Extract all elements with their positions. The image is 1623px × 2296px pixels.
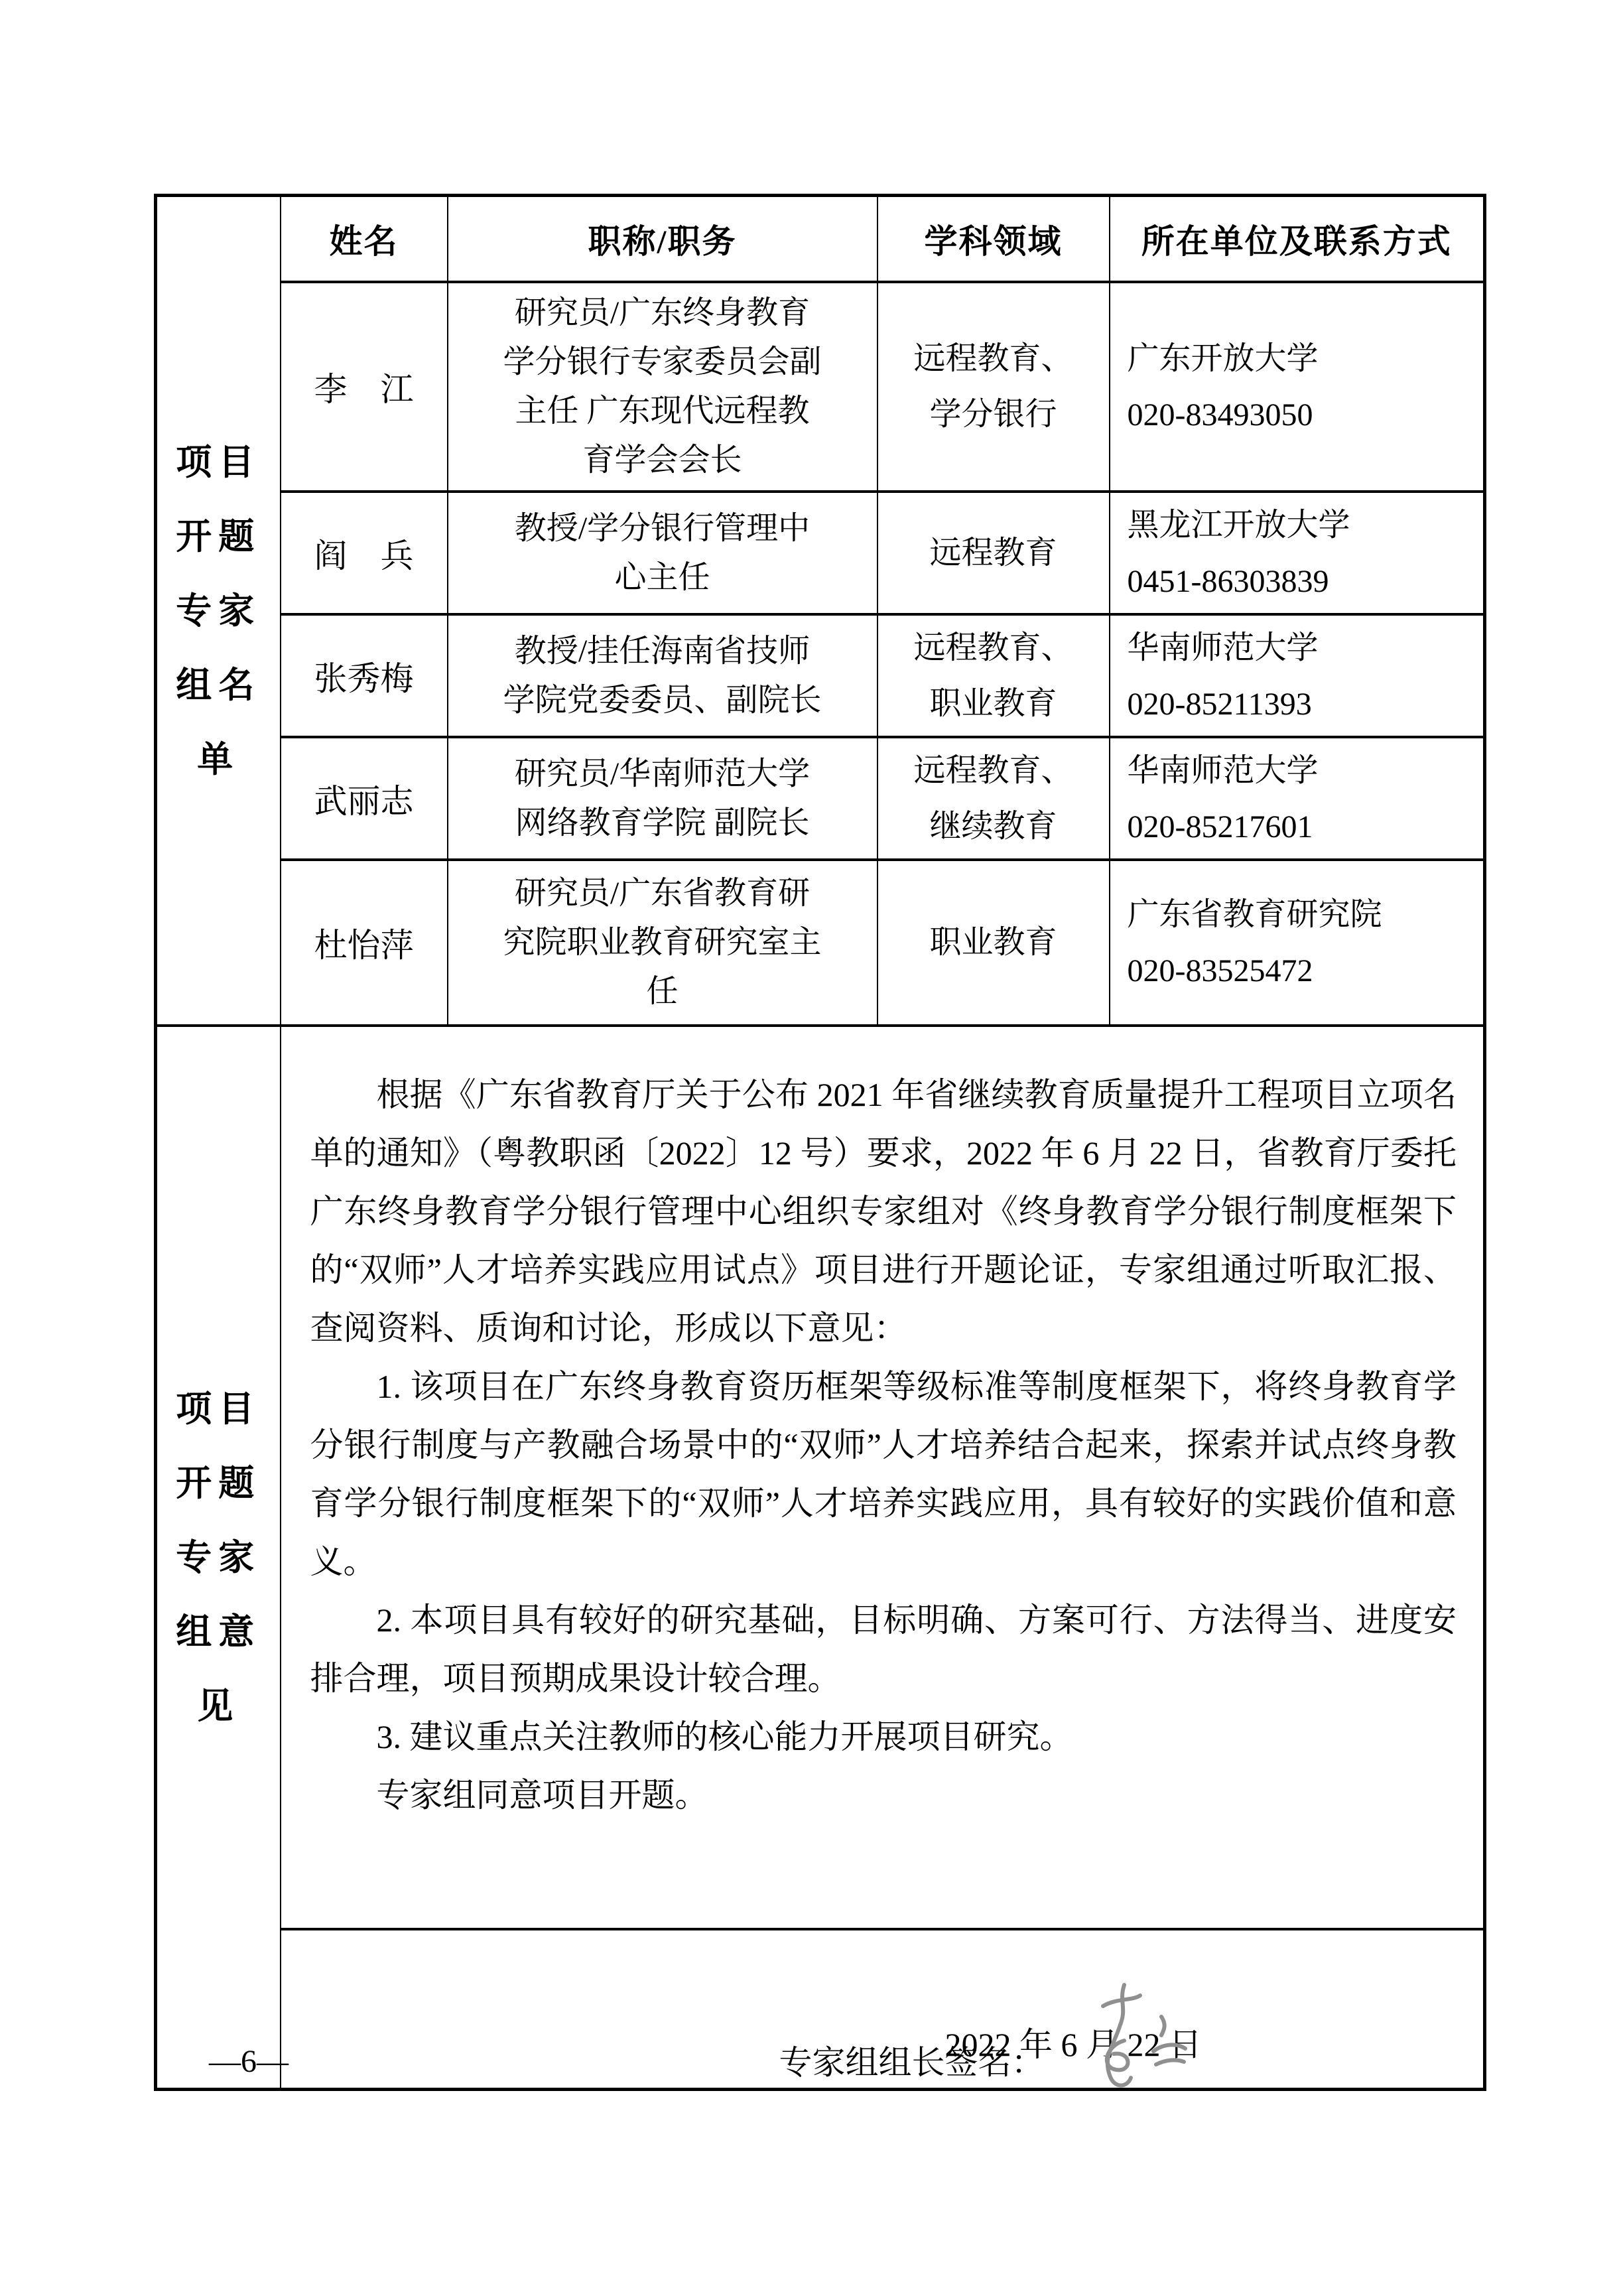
- opinion-paragraph: 2. 本项目具有较好的研究基础，目标明确、方案可行、方法得当、进度安排合理，项目…: [310, 1591, 1457, 1708]
- opinion-paragraph: 3. 建议重点关注教师的核心能力开展项目研究。: [310, 1708, 1457, 1766]
- opinion-paragraph: 根据《广东省教育厅关于公布 2021 年省继续教育质量提升工程项目立项名单的通知…: [310, 1065, 1457, 1357]
- col-header-name: 姓名: [281, 196, 448, 283]
- col-header-title: 职称/职务: [448, 196, 877, 283]
- col-header-field: 学科领域: [877, 196, 1110, 283]
- expert-phone: 020-83525472: [1128, 943, 1483, 999]
- expert-phone: 020-85211393: [1128, 676, 1483, 732]
- expert-row: 武丽志 研究员/华南师范大学 网络教育学院 副院长 远程教育、 继续教育 华南师…: [156, 737, 1485, 860]
- expert-phone: 0451-86303839: [1128, 553, 1483, 610]
- section-label-expert-list: 项目开题专家组名单: [156, 196, 281, 1026]
- expert-title: 研究员/广东终身教育 学分银行专家委员会副 主任 广东现代远程教 育学会会长: [448, 282, 877, 492]
- expert-title: 研究员/广东省教育研 究院职业教育研究室主 任: [448, 860, 877, 1026]
- expert-title: 教授/挂任海南省技师 学院党委委员、副院长: [448, 614, 877, 737]
- signature-row: 专家组组长签名： 2022 年 6 月 22 日: [156, 1929, 1485, 2090]
- expert-org-contact: 广东开放大学 020-83493050: [1110, 282, 1485, 492]
- expert-field: 远程教育: [877, 492, 1110, 614]
- expert-org-contact: 华南师范大学 020-85211393: [1110, 614, 1485, 737]
- table-header-row: 项目开题专家组名单 姓名 职称/职务 学科领域 所在单位及联系方式: [156, 196, 1485, 283]
- expert-row: 李 江 研究员/广东终身教育 学分银行专家委员会副 主任 广东现代远程教 育学会…: [156, 282, 1485, 492]
- project-review-table: 项目开题专家组名单 姓名 职称/职务 学科领域 所在单位及联系方式 李 江 研究…: [154, 194, 1486, 2091]
- expert-name: 杜怡萍: [281, 860, 448, 1026]
- expert-phone: 020-85217601: [1128, 799, 1483, 855]
- section-label-expert-opinion: 项目开题专家组意见: [156, 1026, 281, 2090]
- expert-org: 广东省教育研究院: [1128, 886, 1483, 943]
- signature-line: 专家组组长签名：: [779, 1948, 1483, 2009]
- section-label-expert-opinion-text: 项目开题专家组意见: [168, 1372, 269, 1743]
- expert-org-contact: 广东省教育研究院 020-83525472: [1110, 860, 1485, 1026]
- signature-cell: 专家组组长签名： 2022 年 6 月 22 日: [281, 1929, 1485, 2090]
- expert-org: 华南师范大学: [1128, 742, 1483, 799]
- opinion-paragraph: 1. 该项目在广东终身教育资历框架等级标准等制度框架下，将终身教育学分银行制度与…: [310, 1357, 1457, 1591]
- page-number: —6—: [209, 2043, 289, 2080]
- expert-org: 广东开放大学: [1128, 330, 1483, 387]
- expert-row: 张秀梅 教授/挂任海南省技师 学院党委委员、副院长 远程教育、 职业教育 华南师…: [156, 614, 1485, 737]
- expert-row: 阎 兵 教授/学分银行管理中 心主任 远程教育 黑龙江开放大学 0451-863…: [156, 492, 1485, 614]
- col-header-org-contact: 所在单位及联系方式: [1110, 196, 1485, 283]
- expert-title: 研究员/华南师范大学 网络教育学院 副院长: [448, 737, 877, 860]
- expert-field: 远程教育、 职业教育: [877, 614, 1110, 737]
- section-label-expert-list-text: 项目开题专家组名单: [168, 425, 269, 797]
- expert-field: 远程教育、 学分银行: [877, 282, 1110, 492]
- expert-title: 教授/学分银行管理中 心主任: [448, 492, 877, 614]
- opinion-row: 项目开题专家组意见 根据《广东省教育厅关于公布 2021 年省继续教育质量提升工…: [156, 1026, 1485, 1929]
- signature-date: 2022 年 6 月 22 日: [945, 2018, 1483, 2066]
- expert-org: 黑龙江开放大学: [1128, 497, 1483, 553]
- handwritten-signature: [1047, 1977, 1200, 2090]
- expert-org: 华南师范大学: [1128, 620, 1483, 676]
- opinion-paragraph: 专家组同意项目开题。: [310, 1766, 1457, 1824]
- expert-field: 职业教育: [877, 860, 1110, 1026]
- expert-name: 武丽志: [281, 737, 448, 860]
- opinion-cell: 根据《广东省教育厅关于公布 2021 年省继续教育质量提升工程项目立项名单的通知…: [281, 1026, 1485, 1929]
- expert-org-contact: 华南师范大学 020-85217601: [1110, 737, 1485, 860]
- expert-org-contact: 黑龙江开放大学 0451-86303839: [1110, 492, 1485, 614]
- expert-name: 张秀梅: [281, 614, 448, 737]
- expert-field: 远程教育、 继续教育: [877, 737, 1110, 860]
- expert-name: 李 江: [281, 282, 448, 492]
- expert-row: 杜怡萍 研究员/广东省教育研 究院职业教育研究室主 任 职业教育 广东省教育研究…: [156, 860, 1485, 1026]
- expert-phone: 020-83493050: [1128, 387, 1483, 443]
- expert-name: 阎 兵: [281, 492, 448, 614]
